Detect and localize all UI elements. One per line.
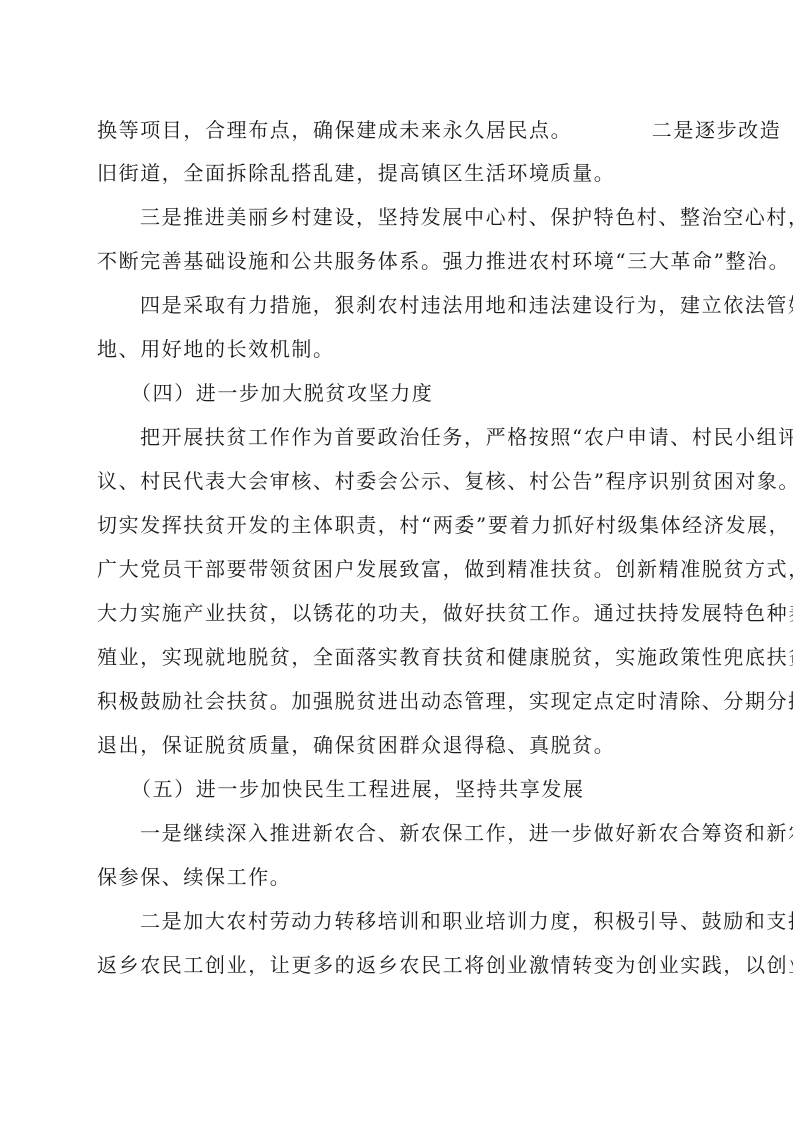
text-line: 地、用好地的长效机制。: [97, 334, 717, 364]
text-line: 广大党员干部要带领贫困户发展致富，做到精准扶贫。创新精准脱贫方式，: [97, 554, 717, 584]
paragraph-start: 一是继续深入推进新农合、新农保工作，进一步做好新农合筹资和新农: [97, 818, 760, 848]
text-line: 保参保、续保工作。: [97, 862, 717, 892]
text-line: 退出，保证脱贫质量，确保贫困群众退得稳、真脱贫。: [97, 730, 717, 760]
section-heading: （四）进一步加大脱贫攻坚力度: [97, 378, 751, 408]
paragraph-start: 四是采取有力措施，狠刹农村违法用地和违法建设行为，建立依法管好: [97, 290, 760, 320]
text-line: 议、村民代表大会审核、村委会公示、复核、村公告”程序识别贫困对象。: [97, 466, 717, 496]
paragraph-start: 三是推进美丽乡村建设，坚持发展中心村、保护特色村、整治空心村，: [97, 202, 760, 232]
section-heading: （五）进一步加快民生工程进展，坚持共享发展: [97, 774, 751, 804]
text-line: 换等项目，合理布点，确保建成未来永久居民点。 二是逐步改造: [97, 115, 717, 145]
text-line: 积极鼓励社会扶贫。加强脱贫进出动态管理，实现定点定时清除、分期分批: [97, 686, 717, 716]
paragraph-start: 把开展扶贫工作作为首要政治任务，严格按照“农户申请、村民小组评: [97, 422, 760, 452]
text-line: 返乡农民工创业，让更多的返乡农民工将创业激情转变为创业实践，以创业: [97, 950, 717, 980]
document-page: 换等项目，合理布点，确保建成未来永久居民点。 二是逐步改造 旧街道，全面拆除乱搭…: [0, 0, 793, 1122]
text-line: 切实发挥扶贫开发的主体职责，村“两委”要着力抓好村级集体经济发展，: [97, 510, 717, 540]
text-line: 大力实施产业扶贫，以锈花的功夫，做好扶贫工作。通过扶持发展特色种养: [97, 598, 717, 628]
text-line: 旧街道，全面拆除乱搭乱建，提高镇区生活环境质量。: [97, 158, 717, 188]
paragraph-start: 二是加大农村劳动力转移培训和职业培训力度，积极引导、鼓励和支持: [97, 906, 760, 936]
text-line: 殖业，实现就地脱贫，全面落实教育扶贫和健康脱贫，实施政策性兜底扶贫，: [97, 642, 717, 672]
text-line: 不断完善基础设施和公共服务体系。强力推进农村环境“三大革命”整治。: [97, 246, 717, 276]
